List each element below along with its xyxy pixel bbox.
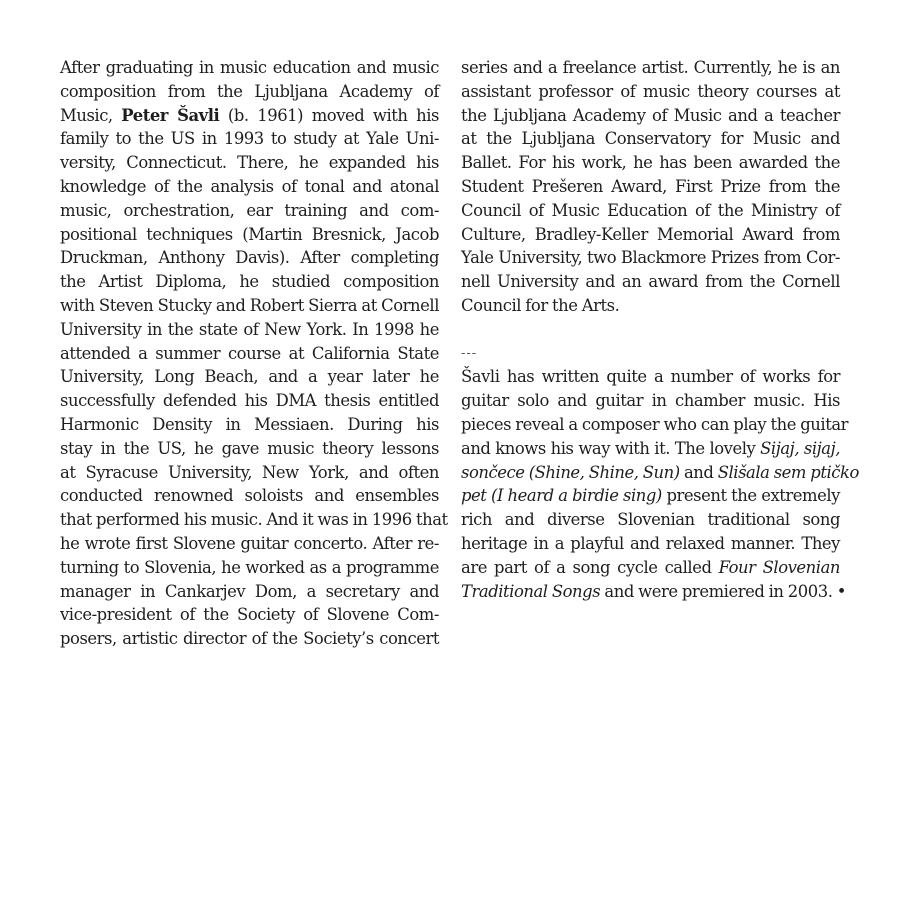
text-line: at the Ljubljana Conservatory for Music … xyxy=(461,127,840,151)
text-run: Harmonic Density in Messiaen. During his xyxy=(60,415,439,434)
text-run: versity, Connecticut. There, he expanded… xyxy=(60,153,439,172)
text-line: attended a summer course at California S… xyxy=(60,342,439,366)
text-run: rich and diverse Slovenian traditional s… xyxy=(461,510,840,529)
text-run: at the Ljubljana Conservatory for Music … xyxy=(461,129,840,148)
text-line: Druckman, Anthony Davis). After completi… xyxy=(60,246,439,270)
text-run: and knows his way with it. The lovely xyxy=(461,439,760,458)
text-run: Council of Music Education of the Minist… xyxy=(461,201,840,220)
text-run: series and a freelance artist. Currently… xyxy=(461,58,840,77)
awards-paragraph: series and a freelance artist. Currently… xyxy=(461,56,840,318)
text-run: Culture, Bradley-Keller Memorial Award f… xyxy=(461,225,840,244)
left-column: After graduating in music education and … xyxy=(60,56,439,651)
text-run: manager in Cankarjev Dom, a secretary an… xyxy=(60,582,439,601)
text-line: After graduating in music education and … xyxy=(60,56,439,80)
text-line: Student Prešeren Award, First Prize from… xyxy=(461,175,840,199)
text-run: attended a summer course at California S… xyxy=(60,344,439,363)
text-run: Druckman, Anthony Davis). After completi… xyxy=(60,248,439,267)
text-run: pieces reveal a composer who can play th… xyxy=(461,415,848,434)
text-run: he wrote first Slovene guitar concerto. … xyxy=(60,534,439,553)
text-line: positional techniques (Martin Bresnick, … xyxy=(60,223,439,247)
text-run: and were premiered in 2003. • xyxy=(600,582,846,601)
bio-paragraph: After graduating in music education and … xyxy=(60,56,439,651)
text-run: guitar solo and guitar in chamber music.… xyxy=(461,391,840,410)
text-run: composition from the Ljubljana Academy o… xyxy=(60,82,439,101)
text-line: conducted renowned soloists and ensemble… xyxy=(60,484,439,508)
text-line: composition from the Ljubljana Academy o… xyxy=(60,80,439,104)
text-run: (b. 1961) moved with his xyxy=(219,106,439,125)
text-line: rich and diverse Slovenian traditional s… xyxy=(461,508,840,532)
text-line: Music, Peter Šavli (b. 1961) moved with … xyxy=(60,104,439,128)
text-line: are part of a song cycle called Four Slo… xyxy=(461,556,840,580)
text-run: with Steven Stucky and Robert Sierra at … xyxy=(60,296,439,315)
text-run: positional techniques (Martin Bresnick, … xyxy=(60,225,439,244)
text-run: turning to Slovenia, he worked as a prog… xyxy=(60,558,439,577)
text-run: Šavli has written quite a number of work… xyxy=(461,367,840,386)
text-line: manager in Cankarjev Dom, a secretary an… xyxy=(60,580,439,604)
text-run: stay in the US, he gave music theory les… xyxy=(60,439,439,458)
section-separator: --- xyxy=(461,342,840,366)
text-line: posers, artistic director of the Society… xyxy=(60,627,439,651)
text-line: Yale University, two Blackmore Prizes fr… xyxy=(461,246,840,270)
text-run: that performed his music. And it was in … xyxy=(60,510,448,529)
text-line: versity, Connecticut. There, he expanded… xyxy=(60,151,439,175)
text-line: heritage in a playful and relaxed manner… xyxy=(461,532,840,556)
text-line: Šavli has written quite a number of work… xyxy=(461,365,840,389)
text-line: turning to Slovenia, he worked as a prog… xyxy=(60,556,439,580)
text-line: he wrote first Slovene guitar concerto. … xyxy=(60,532,439,556)
text-line: with Steven Stucky and Robert Sierra at … xyxy=(60,294,439,318)
text-line: University in the state of New York. In … xyxy=(60,318,439,342)
text-run: family to the US in 1993 to study at Yal… xyxy=(60,129,439,148)
text-run: and xyxy=(680,463,718,482)
text-run: conducted renowned soloists and ensemble… xyxy=(60,486,439,505)
bold-name: Peter Šavli xyxy=(121,106,219,125)
italic-title: sončece (Shine, Shine, Sun) xyxy=(461,463,680,482)
text-line: the Artist Diploma, he studied compositi… xyxy=(60,270,439,294)
text-line: Harmonic Density in Messiaen. During his xyxy=(60,413,439,437)
text-run: University, Long Beach, and a year later… xyxy=(60,367,439,386)
works-paragraph: Šavli has written quite a number of work… xyxy=(461,365,840,603)
text-run: the Artist Diploma, he studied compositi… xyxy=(60,272,439,291)
text-line: stay in the US, he gave music theory les… xyxy=(60,437,439,461)
text-run: After graduating in music education and … xyxy=(60,58,439,77)
italic-title: Slišala sem ptičko xyxy=(718,463,859,482)
text-line: pet (I heard a birdie sing) present the … xyxy=(461,484,840,508)
text-line: family to the US in 1993 to study at Yal… xyxy=(60,127,439,151)
text-line: Council of Music Education of the Minist… xyxy=(461,199,840,223)
text-run: Student Prešeren Award, First Prize from… xyxy=(461,177,840,196)
text-line: at Syracuse University, New York, and of… xyxy=(60,461,439,485)
text-line: Culture, Bradley-Keller Memorial Award f… xyxy=(461,223,840,247)
text-run: present the extremely xyxy=(662,486,840,505)
text-line: successfully defended his DMA thesis ent… xyxy=(60,389,439,413)
text-run: successfully defended his DMA thesis ent… xyxy=(60,391,439,410)
text-line: series and a freelance artist. Currently… xyxy=(461,56,840,80)
text-run: vice-president of the Society of Slovene… xyxy=(60,605,439,624)
text-line: that performed his music. And it was in … xyxy=(60,508,439,532)
text-run: are part of a song cycle called xyxy=(461,558,719,577)
text-run: the Ljubljana Academy of Music and a tea… xyxy=(461,106,840,125)
italic-title: Traditional Songs xyxy=(461,582,600,601)
right-column: series and a freelance artist. Currently… xyxy=(461,56,840,603)
text-line: University, Long Beach, and a year later… xyxy=(60,365,439,389)
text-run: posers, artistic director of the Society… xyxy=(60,629,439,648)
text-run: assistant professor of music theory cour… xyxy=(461,82,840,101)
text-line: vice-president of the Society of Slovene… xyxy=(60,603,439,627)
text-line: Council for the Arts. xyxy=(461,294,840,318)
text-run: Ballet. For his work, he has been awarde… xyxy=(461,153,840,172)
italic-title: Sijaj, sijaj, xyxy=(760,439,840,458)
text-run: nell University and an award from the Co… xyxy=(461,272,840,291)
text-run: Yale University, two Blackmore Prizes fr… xyxy=(461,248,840,267)
text-line: the Ljubljana Academy of Music and a tea… xyxy=(461,104,840,128)
text-run: knowledge of the analysis of tonal and a… xyxy=(60,177,439,196)
text-run: at Syracuse University, New York, and of… xyxy=(60,463,439,482)
italic-title: pet (I heard a birdie sing) xyxy=(461,486,662,505)
text-run: University in the state of New York. In … xyxy=(60,320,439,339)
text-line: pieces reveal a composer who can play th… xyxy=(461,413,840,437)
text-line: and knows his way with it. The lovely Si… xyxy=(461,437,840,461)
text-line: nell University and an award from the Co… xyxy=(461,270,840,294)
text-run: music, orchestration, ear training and c… xyxy=(60,201,439,220)
text-run: Council for the Arts. xyxy=(461,296,619,315)
italic-title: Four Slovenian xyxy=(719,558,840,577)
text-run: Music, xyxy=(60,106,121,125)
text-run: heritage in a playful and relaxed manner… xyxy=(461,534,840,553)
text-line: sončece (Shine, Shine, Sun) and Slišala … xyxy=(461,461,840,485)
text-line: knowledge of the analysis of tonal and a… xyxy=(60,175,439,199)
text-line: music, orchestration, ear training and c… xyxy=(60,199,439,223)
text-line: assistant professor of music theory cour… xyxy=(461,80,840,104)
text-line: guitar solo and guitar in chamber music.… xyxy=(461,389,840,413)
text-line: Ballet. For his work, he has been awarde… xyxy=(461,151,840,175)
text-line: Traditional Songs and were premiered in … xyxy=(461,580,840,604)
